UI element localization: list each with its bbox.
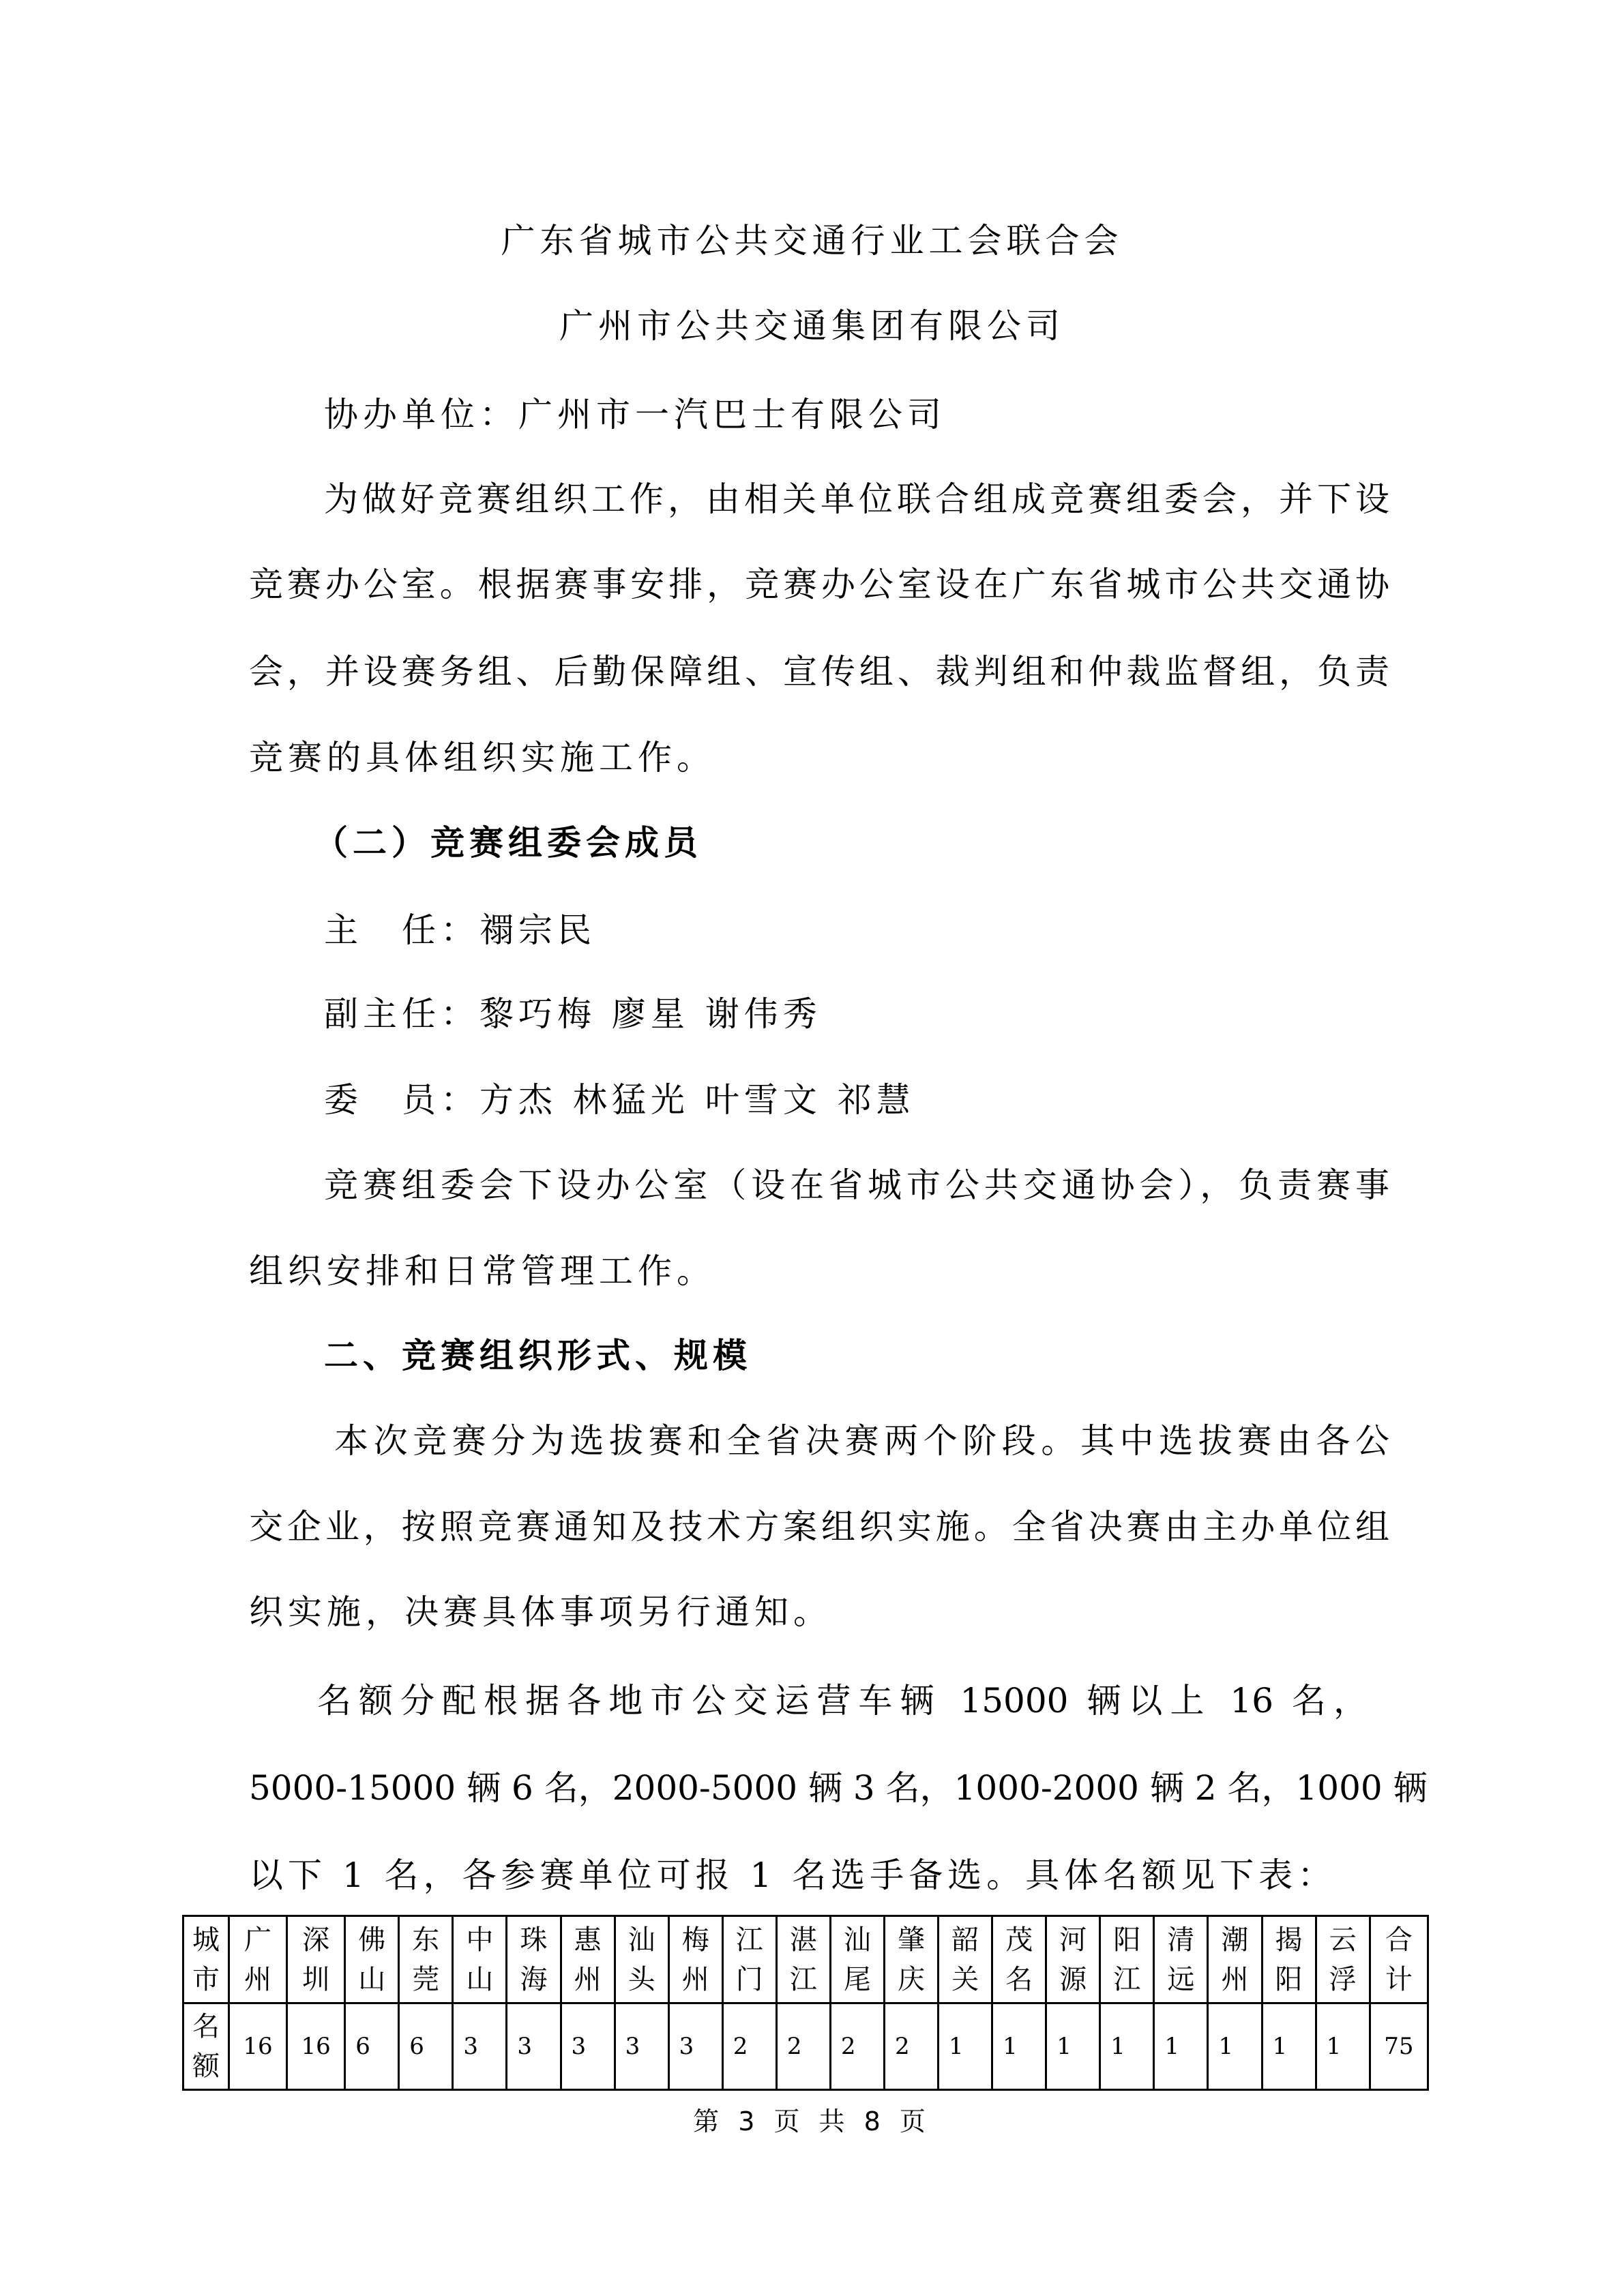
para1-line-4: 竞赛的具体组织实施工作。	[249, 737, 1389, 778]
committee-director: 主 任：禤宗民	[249, 910, 1389, 951]
city-cell: 韶关	[939, 1916, 992, 2003]
quota-cell: 1	[1046, 2003, 1100, 2090]
quota-cell: 3	[668, 2003, 722, 2090]
committee-deputy-directors: 副主任：黎巧梅 廖星 谢伟秀	[249, 994, 1389, 1034]
quota-cell: 6	[345, 2003, 399, 2090]
quota-cell: 16	[287, 2003, 345, 2090]
form-para-line-1: 本次竞赛分为选拔赛和全省决赛两个阶段。其中选拔赛由各公	[249, 1420, 1389, 1461]
quota-cell: 3	[615, 2003, 668, 2090]
committee-members: 委 员：方杰 林猛光 叶雪文 祁慧	[249, 1079, 1389, 1120]
quota-cell: 1	[1262, 2003, 1316, 2090]
city-cell: 河源	[1046, 1916, 1100, 2003]
city-cell: 清远	[1154, 1916, 1208, 2003]
total-quota-cell: 75	[1370, 2003, 1428, 2090]
city-cell: 江门	[722, 1916, 776, 2003]
city-cell: 佛山	[345, 1916, 399, 2003]
para1-line-3: 会，并设赛务组、后勤保障组、宣传组、裁判组和仲裁监督组，负责	[249, 651, 1389, 692]
quota-row: 名额 16 16 6 6 3 3 3 3 3 2 2 2 2 1 1 1 1 1…	[183, 2003, 1428, 2090]
city-cell: 中山	[453, 1916, 507, 2003]
quota-line-2: 5000-15000 辆 6 名，2000-5000 辆 3 名，1000-20…	[249, 1768, 1389, 1808]
committee-heading: （二）竞赛组委会成员	[249, 822, 1389, 863]
city-cell: 潮州	[1208, 1916, 1262, 2003]
row-header-quota: 名额	[183, 2003, 229, 2090]
quota-cell: 1	[1100, 2003, 1154, 2090]
quota-cell: 2	[722, 2003, 776, 2090]
city-cell: 茂名	[992, 1916, 1046, 2003]
quota-cell: 2	[776, 2003, 830, 2090]
city-cell: 阳江	[1100, 1916, 1154, 2003]
total-header-cell: 合计	[1370, 1916, 1428, 2003]
quota-cell: 1	[939, 2003, 992, 2090]
para1-line-2: 竞赛办公室。根据赛事安排，竞赛办公室设在广东省城市公共交通协	[249, 564, 1389, 605]
quota-cell: 2	[830, 2003, 884, 2090]
form-para-line-3: 织实施，决赛具体事项另行通知。	[249, 1592, 1389, 1632]
city-cell: 汕尾	[830, 1916, 884, 2003]
city-cell: 汕头	[615, 1916, 668, 2003]
quota-table: 城市 广州 深圳 佛山 东莞 中山 珠海 惠州 汕头 梅州 江门 湛江 汕尾 肇…	[182, 1915, 1429, 2091]
organizer-title-2: 广州市公共交通集团有限公司	[0, 305, 1624, 346]
quota-cell: 3	[507, 2003, 561, 2090]
para1-line-1: 为做好竞赛组织工作，由相关单位联合组成竞赛组委会，并下设	[249, 479, 1389, 520]
quota-cell: 3	[561, 2003, 615, 2090]
city-cell: 惠州	[561, 1916, 615, 2003]
city-row: 城市 广州 深圳 佛山 东莞 中山 珠海 惠州 汕头 梅州 江门 湛江 汕尾 肇…	[183, 1916, 1428, 2003]
quota-cell: 1	[1316, 2003, 1370, 2090]
city-cell: 珠海	[507, 1916, 561, 2003]
city-cell: 云浮	[1316, 1916, 1370, 2003]
city-cell: 肇庆	[884, 1916, 938, 2003]
quota-cell: 1	[1154, 2003, 1208, 2090]
form-heading: 二、竞赛组织形式、规模	[249, 1335, 1389, 1376]
office-line-2: 组织安排和日常管理工作。	[249, 1251, 1389, 1292]
page-number: 第 3 页 共 8 页	[0, 2100, 1624, 2138]
office-line-1: 竞赛组委会下设办公室（设在省城市公共交通协会），负责赛事	[249, 1165, 1389, 1206]
quota-cell: 2	[884, 2003, 938, 2090]
organizer-title-1: 广东省城市公共交通行业工会联合会	[0, 220, 1624, 261]
city-cell: 广州	[229, 1916, 287, 2003]
quota-cell: 16	[229, 2003, 287, 2090]
form-para-line-2: 交企业，按照竞赛通知及技术方案组织实施。全省决赛由主办单位组	[249, 1506, 1389, 1547]
city-cell: 梅州	[668, 1916, 722, 2003]
quota-line-1: 名额分配根据各地市公交运营车辆 15000 辆以上 16 名，	[249, 1680, 1368, 1721]
city-cell: 深圳	[287, 1916, 345, 2003]
quota-cell: 1	[1208, 2003, 1262, 2090]
quota-cell: 3	[453, 2003, 507, 2090]
quota-line-3: 以下 1 名，各参赛单位可报 1 名选手备选。具体名额见下表：	[249, 1855, 1389, 1896]
row-header-city: 城市	[183, 1916, 229, 2003]
city-cell: 揭阳	[1262, 1916, 1316, 2003]
quota-cell: 1	[992, 2003, 1046, 2090]
city-cell: 东莞	[399, 1916, 453, 2003]
co-organizer: 协办单位：广州市一汽巴士有限公司	[249, 394, 1389, 435]
quota-cell: 6	[399, 2003, 453, 2090]
city-cell: 湛江	[776, 1916, 830, 2003]
